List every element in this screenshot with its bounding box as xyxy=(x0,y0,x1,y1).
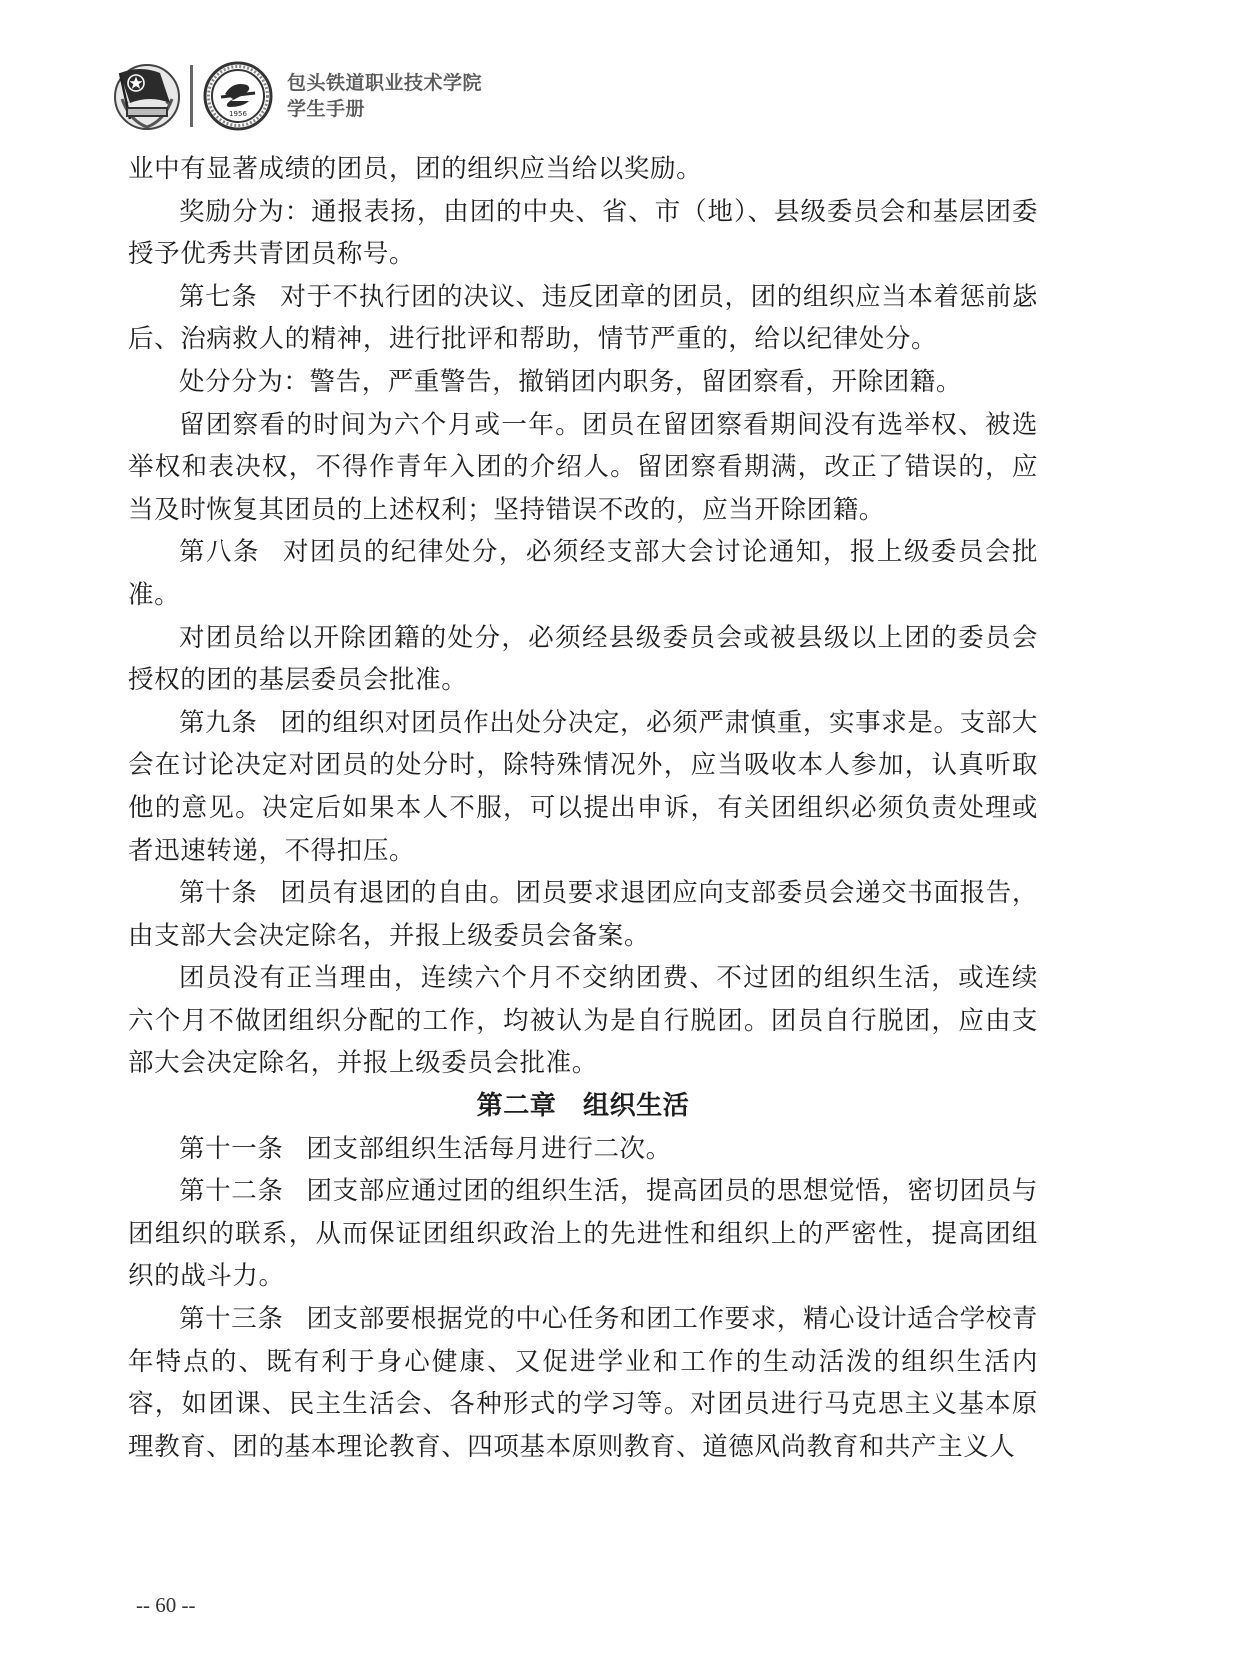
article-number: 第八条 xyxy=(179,537,260,567)
page-header: 1956 包头铁道职业技术学院 学生手册 xyxy=(112,56,482,136)
paragraph: 团员没有正当理由，连续六个月不交纳团费、不过团的组织生活，或连续六个月不做团组织… xyxy=(128,957,1038,1085)
handbook-title: 学生手册 xyxy=(287,96,482,122)
article-number: 第九条 xyxy=(179,708,257,738)
paragraph: 奖励分为：通报表扬，由团的中央、省、市（地）、县级委员会和基层团委授予优秀共青团… xyxy=(128,191,1038,276)
article-number: 第十三条 xyxy=(179,1304,284,1334)
school-emblem-icon: 1956 xyxy=(203,61,273,131)
article-paragraph: 第十二条团支部应通过团的组织生活，提高团员的思想觉悟，密切团员与团组织的联系，从… xyxy=(128,1170,1038,1298)
paragraph: 对团员给以开除团籍的处分，必须经县级委员会或被县级以上团的委员会授权的团的基层委… xyxy=(128,617,1038,702)
header-text: 包头铁道职业技术学院 学生手册 xyxy=(287,70,482,122)
article-number: 第十一条 xyxy=(179,1134,283,1164)
article-paragraph: 第十三条团支部要根据党的中心任务和团工作要求，精心设计适合学校青年特点的、既有利… xyxy=(128,1298,1038,1468)
logo-divider xyxy=(190,65,193,127)
article-number: 第十二条 xyxy=(179,1176,284,1206)
page-number: -- 60 -- xyxy=(136,1593,195,1618)
article-paragraph: 第十一条团支部组织生活每月进行二次。 xyxy=(128,1128,1038,1171)
communist-youth-league-emblem-icon xyxy=(112,59,182,133)
article-paragraph: 第七条对于不执行团的决议、违反团章的团员，团的组织应当本着惩前毖后、治病救人的精… xyxy=(128,276,1038,361)
article-paragraph: 第八条对团员的纪律处分，必须经支部大会讨论通知，报上级委员会批准。 xyxy=(128,531,1038,616)
chapter-heading: 第二章 组织生活 xyxy=(128,1085,1038,1128)
article-paragraph: 第十条团员有退团的自由。团员要求退团应向支部委员会递交书面报告，由支部大会决定除… xyxy=(128,872,1038,957)
article-number: 第十条 xyxy=(179,878,257,908)
paragraph: 业中有显著成绩的团员，团的组织应当给以奖励。 xyxy=(128,148,1038,191)
document-body: 业中有显著成绩的团员，团的组织应当给以奖励。 奖励分为：通报表扬，由团的中央、省… xyxy=(128,148,1038,1468)
paragraph: 处分分为：警告，严重警告，撤销团内职务，留团察看，开除团籍。 xyxy=(128,361,1038,404)
svg-text:1956: 1956 xyxy=(229,110,247,118)
paragraph: 留团察看的时间为六个月或一年。团员在留团察看期间没有选举权、被选举权和表决权，不… xyxy=(128,404,1038,532)
article-number: 第七条 xyxy=(179,282,257,312)
article-paragraph: 第九条团的组织对团员作出处分决定，必须严肃慎重，实事求是。支部大会在讨论决定对团… xyxy=(128,702,1038,872)
school-name: 包头铁道职业技术学院 xyxy=(287,70,482,96)
